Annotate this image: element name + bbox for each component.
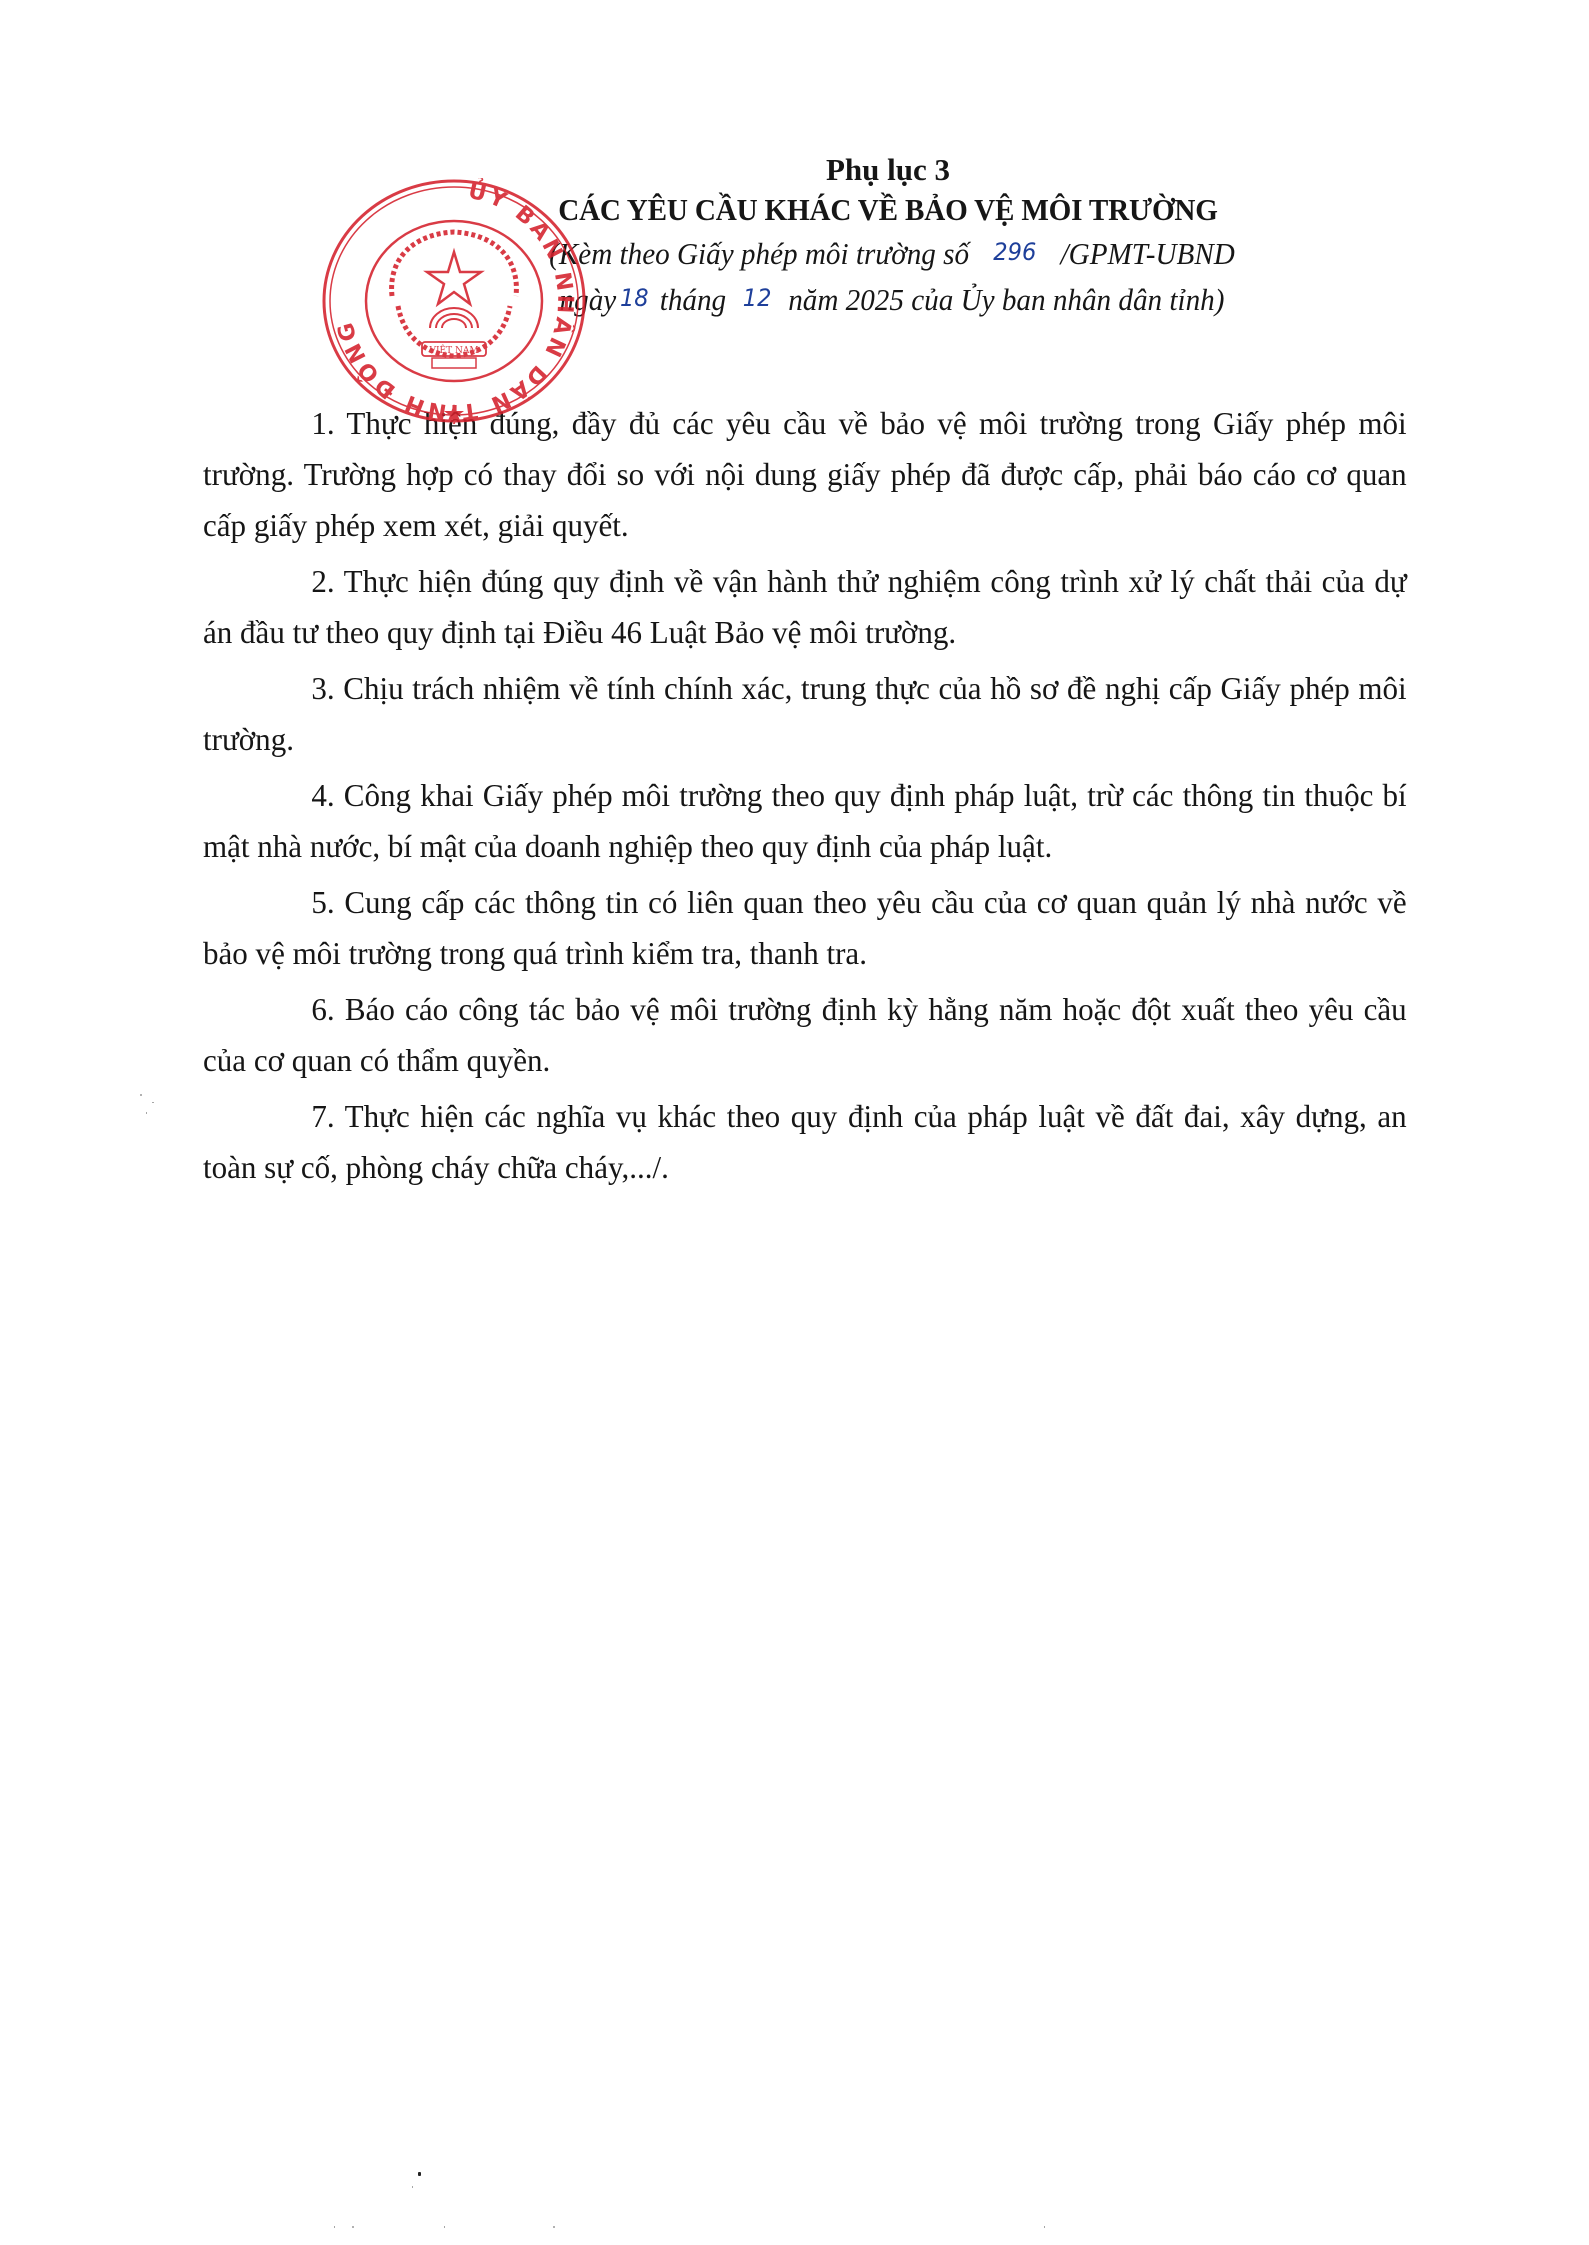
date-day: 18 (616, 276, 652, 320)
subtitle-suffix: /GPMT-UBND (1061, 236, 1235, 271)
scan-speck (553, 2226, 555, 2228)
scan-speck (352, 2226, 354, 2228)
requirement-item: 3. Chịu trách nhiệm về tính chính xác, t… (203, 663, 1407, 765)
document-page: Phụ lục 3 CÁC YÊU CẦU KHÁC VỀ BẢO VỆ MÔI… (0, 0, 1589, 2245)
seal-center-text: VIỆT NAM (428, 344, 478, 356)
requirements-list: 1. Thực hiện đúng, đầy đủ các yêu cầu về… (203, 398, 1425, 1198)
scan-speck (444, 2226, 445, 2228)
document-heading: Phụ lục 3 CÁC YÊU CẦU KHÁC VỀ BẢO VỆ MÔI… (300, 150, 1300, 322)
subtitle-line-1: (Kèm theo Giấy phép môi trường số 296 /G… (422, 230, 1362, 276)
document-title: CÁC YÊU CẦU KHÁC VỀ BẢO VỆ MÔI TRƯỜNG (418, 190, 1358, 230)
requirement-item: 5. Cung cấp các thông tin có liên quan t… (203, 877, 1407, 979)
appendix-label: Phụ lục 3 (388, 150, 1388, 190)
scan-speck (418, 2172, 421, 2176)
scan-speck (152, 1102, 154, 1103)
subtitle-prefix: (Kèm theo Giấy phép môi trường số (549, 236, 969, 271)
permit-number: 296 (976, 230, 1053, 274)
date-day-label: ngày (560, 282, 617, 317)
requirement-item: 1. Thực hiện đúng, đầy đủ các yêu cầu về… (203, 398, 1407, 551)
scan-speck (146, 1112, 147, 1114)
scan-speck (412, 2186, 413, 2188)
date-month: 12 (733, 276, 781, 320)
requirement-item: 2. Thực hiện đúng quy định về vận hành t… (203, 556, 1407, 658)
requirement-item: 4. Công khai Giấy phép môi trường theo q… (203, 770, 1407, 872)
requirement-item: 7. Thực hiện các nghĩa vụ khác theo quy … (203, 1091, 1407, 1193)
date-year-issuer: năm 2025 của Ủy ban nhân dân tỉnh) (788, 282, 1224, 317)
subtitle-line-2: ngày18 tháng 12 năm 2025 của Ủy ban nhân… (422, 276, 1362, 322)
scan-speck (1044, 2226, 1045, 2228)
requirement-item: 6. Báo cáo công tác bảo vệ môi trường đị… (203, 984, 1407, 1086)
scan-speck (334, 2226, 335, 2228)
date-month-label: tháng (660, 282, 726, 317)
scan-speck (140, 1094, 142, 1096)
